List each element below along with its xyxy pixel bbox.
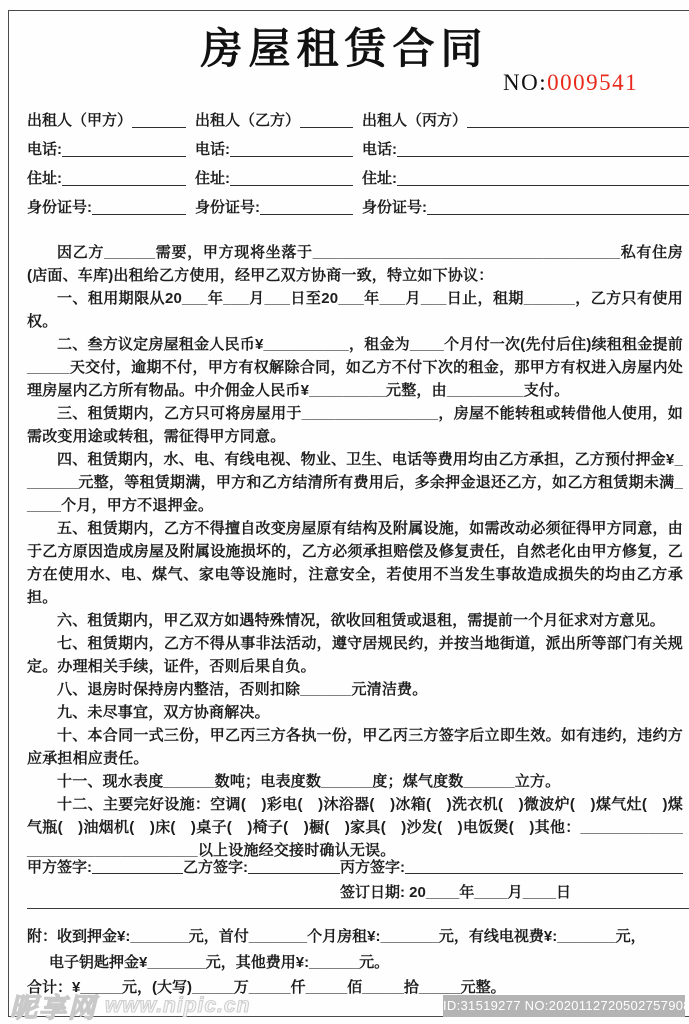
party-b-phone-label: 电话: <box>195 138 230 160</box>
clause-11: 十一、现水表度______数吨；电表度数______度；煤气度数______立方… <box>27 770 683 793</box>
blank-line <box>230 185 353 186</box>
contract-page: 房屋租赁合同 NO:0009541 出租人（甲方） 出租人（乙方） 出租人（丙方… <box>0 0 689 1024</box>
party-b-signature-label: 乙方签字: <box>183 856 248 877</box>
contract-body: 因乙方______需要，甲方现将坐落于_____________________… <box>27 241 683 862</box>
party-c-address-field: 住址: <box>362 160 689 189</box>
contract-number: NO:0009541 <box>503 70 638 96</box>
clause-7: 七、租赁期内，乙方不得从事非法活动，遵守居规民约，并按当地街道，派出所等部门有关… <box>27 632 683 678</box>
signature-row: 甲方签字: 乙方签字: 丙方签字: <box>27 854 683 877</box>
blank-line <box>62 185 186 186</box>
appendix-line-2: 电子钥匙押金¥_______元，其他费用¥:______元。 <box>27 950 683 976</box>
party-a-id-label: 身份证号: <box>27 196 92 218</box>
party-a-signature-label: 甲方签字: <box>27 856 92 877</box>
page-title: 房屋租赁合同 <box>0 16 689 76</box>
clause-10: 十、本合同一式三份，甲乙丙三方各执一份，甲乙丙三方签字后立即生效。如有违约，违约… <box>27 724 683 770</box>
signing-date-line: 签订日期: 20____年____月____日 <box>340 881 571 902</box>
appendix-line-1: 附：收到押金¥:_______元，首付_______个月房租¥:_______元… <box>27 924 683 950</box>
parties-grid: 出租人（甲方） 出租人（乙方） 出租人（丙方） 电话: 电话: 电话: 住址: … <box>27 102 689 218</box>
party-c-name-field: 出租人（丙方） <box>362 102 689 131</box>
party-a-signature-field: 甲方签字: <box>27 854 183 877</box>
party-b-id-label: 身份证号: <box>195 196 260 218</box>
party-b-name-label: 出租人（乙方） <box>195 109 300 131</box>
section-divider <box>27 908 689 909</box>
party-c-signature-label: 丙方签字: <box>340 856 405 877</box>
party-b-name-field: 出租人（乙方） <box>195 102 362 131</box>
party-c-phone-field: 电话: <box>362 131 689 160</box>
blank-line <box>92 214 186 215</box>
party-a-address-label: 住址: <box>27 167 62 189</box>
clause-9: 九、未尽事宜，双方协商解决。 <box>27 701 683 724</box>
clause-12: 十二、主要完好设施：空调( )彩电( )沐浴器( )冰箱( )洗衣机( )微波炉… <box>27 793 683 862</box>
party-a-id-field: 身份证号: <box>27 189 195 218</box>
party-c-name-label: 出租人（丙方） <box>362 109 467 131</box>
blank-line <box>300 127 353 128</box>
blank-line <box>427 214 689 215</box>
clause-4: 四、租赁期内，水、电、有线电视、物业、卫生、电话等费用均由乙方承担，乙方预付押金… <box>27 448 683 517</box>
clause-2: 二、叁方议定房屋租金人民币¥__________，租金为____个月付一次(先付… <box>27 333 683 402</box>
contract-number-label: NO: <box>503 70 547 95</box>
blank-line <box>92 873 183 874</box>
blank-line <box>397 156 689 157</box>
blank-line <box>230 156 353 157</box>
party-c-phone-label: 电话: <box>362 138 397 160</box>
nipic-url: www.nipic.cn <box>105 994 250 1018</box>
image-id-badge: ID:31519277 NO:20201127205027579088 <box>443 995 685 1017</box>
blank-line <box>397 185 689 186</box>
blank-line <box>248 873 340 874</box>
party-c-address-label: 住址: <box>362 167 397 189</box>
clause-5: 五、租赁期内，乙方不得擅自改变房屋原有结构及附属设施，如需改动必须征得甲方同意，… <box>27 517 683 609</box>
clause-6: 六、租赁期内，甲乙双方如遇特殊情况，欲收回租赁或退租，需提前一个月征求对方意见。 <box>27 609 683 632</box>
nipic-logo: 昵享网 <box>10 986 97 1024</box>
contract-number-value: 0009541 <box>547 70 638 95</box>
party-a-name-field: 出租人（甲方） <box>27 102 195 131</box>
party-a-name-label: 出租人（甲方） <box>27 109 132 131</box>
party-a-phone-field: 电话: <box>27 131 195 160</box>
blank-line <box>132 127 186 128</box>
nipic-watermark: 昵享网 www.nipic.cn <box>10 986 250 1024</box>
party-c-signature-field: 丙方签字: <box>340 854 683 877</box>
party-a-address-field: 住址: <box>27 160 195 189</box>
party-c-id-label: 身份证号: <box>362 196 427 218</box>
clause-8: 八、退房时保持房内整洁，否则扣除______元清洁费。 <box>27 678 683 701</box>
party-b-id-field: 身份证号: <box>195 189 362 218</box>
blank-line <box>62 156 186 157</box>
blank-line <box>405 873 683 874</box>
party-b-signature-field: 乙方签字: <box>183 854 340 877</box>
blank-line <box>467 127 689 128</box>
party-b-address-field: 住址: <box>195 160 362 189</box>
clause-3: 三、租赁期内，乙方只可将房屋用于________________，房屋不能转租或… <box>27 402 683 448</box>
blank-line <box>260 214 353 215</box>
party-b-address-label: 住址: <box>195 167 230 189</box>
intro-paragraph: 因乙方______需要，甲方现将坐落于_____________________… <box>27 241 683 287</box>
party-c-id-field: 身份证号: <box>362 189 689 218</box>
party-a-phone-label: 电话: <box>27 138 62 160</box>
clause-1: 一、租用期限从20___年___月___日至20___年___月___日止，租期… <box>27 287 683 333</box>
party-b-phone-field: 电话: <box>195 131 362 160</box>
